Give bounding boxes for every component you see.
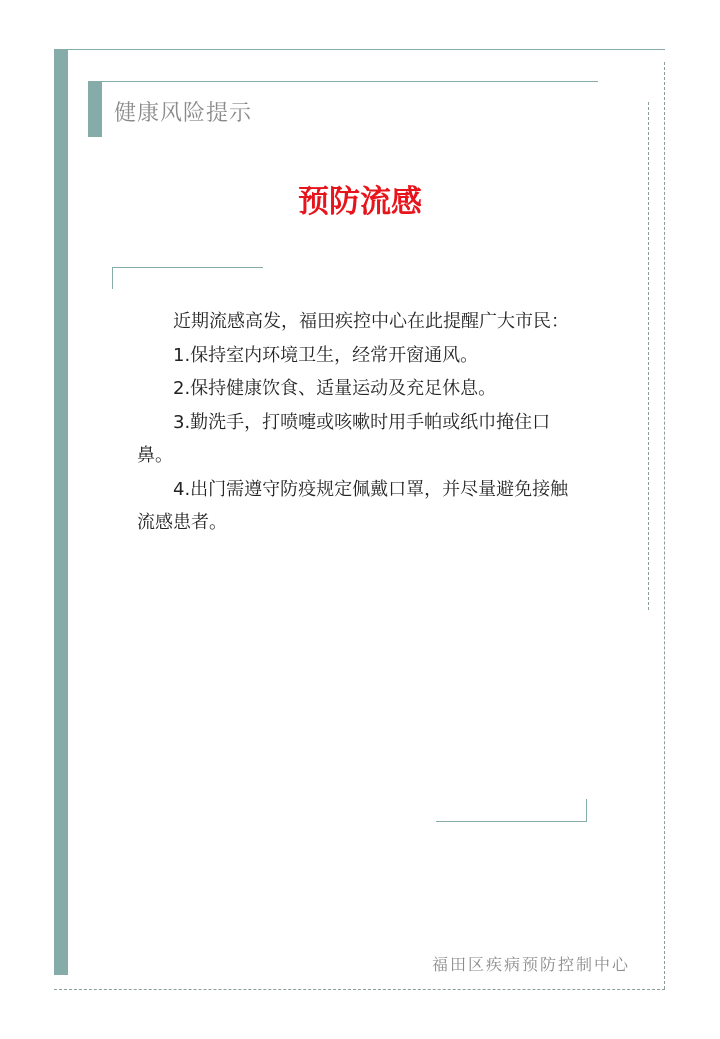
corner-bracket-top-left-vertical (112, 267, 113, 289)
notice-body: 近期流感高发，福田疾控中心在此提醒广大市民： 1.保持室内环境卫生，经常开窗通风… (137, 305, 577, 540)
notice-item-4: 4.出门需遵守防疫规定佩戴口罩，并尽量避免接触流感患者。 (137, 473, 577, 540)
top-border-line (68, 49, 665, 50)
notice-item-3: 3.勤洗手，打喷嚏或咳嗽时用手帕或纸巾掩住口鼻。 (137, 406, 577, 473)
section-label: 健康风险提示 (114, 96, 252, 127)
bottom-dashed-border (54, 989, 665, 990)
corner-bracket-bottom-right-horizontal (436, 821, 587, 822)
header-top-line (102, 81, 598, 82)
corner-bracket-bottom-right-vertical (586, 799, 587, 822)
corner-bracket-top-left-horizontal (112, 267, 263, 268)
notice-intro: 近期流感高发，福田疾控中心在此提醒广大市民： (137, 305, 577, 339)
footer-organization: 福田区疾病预防控制中心 (432, 952, 630, 975)
header-accent-bar (88, 81, 102, 137)
page-title: 预防流感 (0, 176, 720, 221)
notice-item-1: 1.保持室内环境卫生，经常开窗通风。 (137, 339, 577, 373)
notice-item-2: 2.保持健康饮食、适量运动及充足休息。 (137, 372, 577, 406)
